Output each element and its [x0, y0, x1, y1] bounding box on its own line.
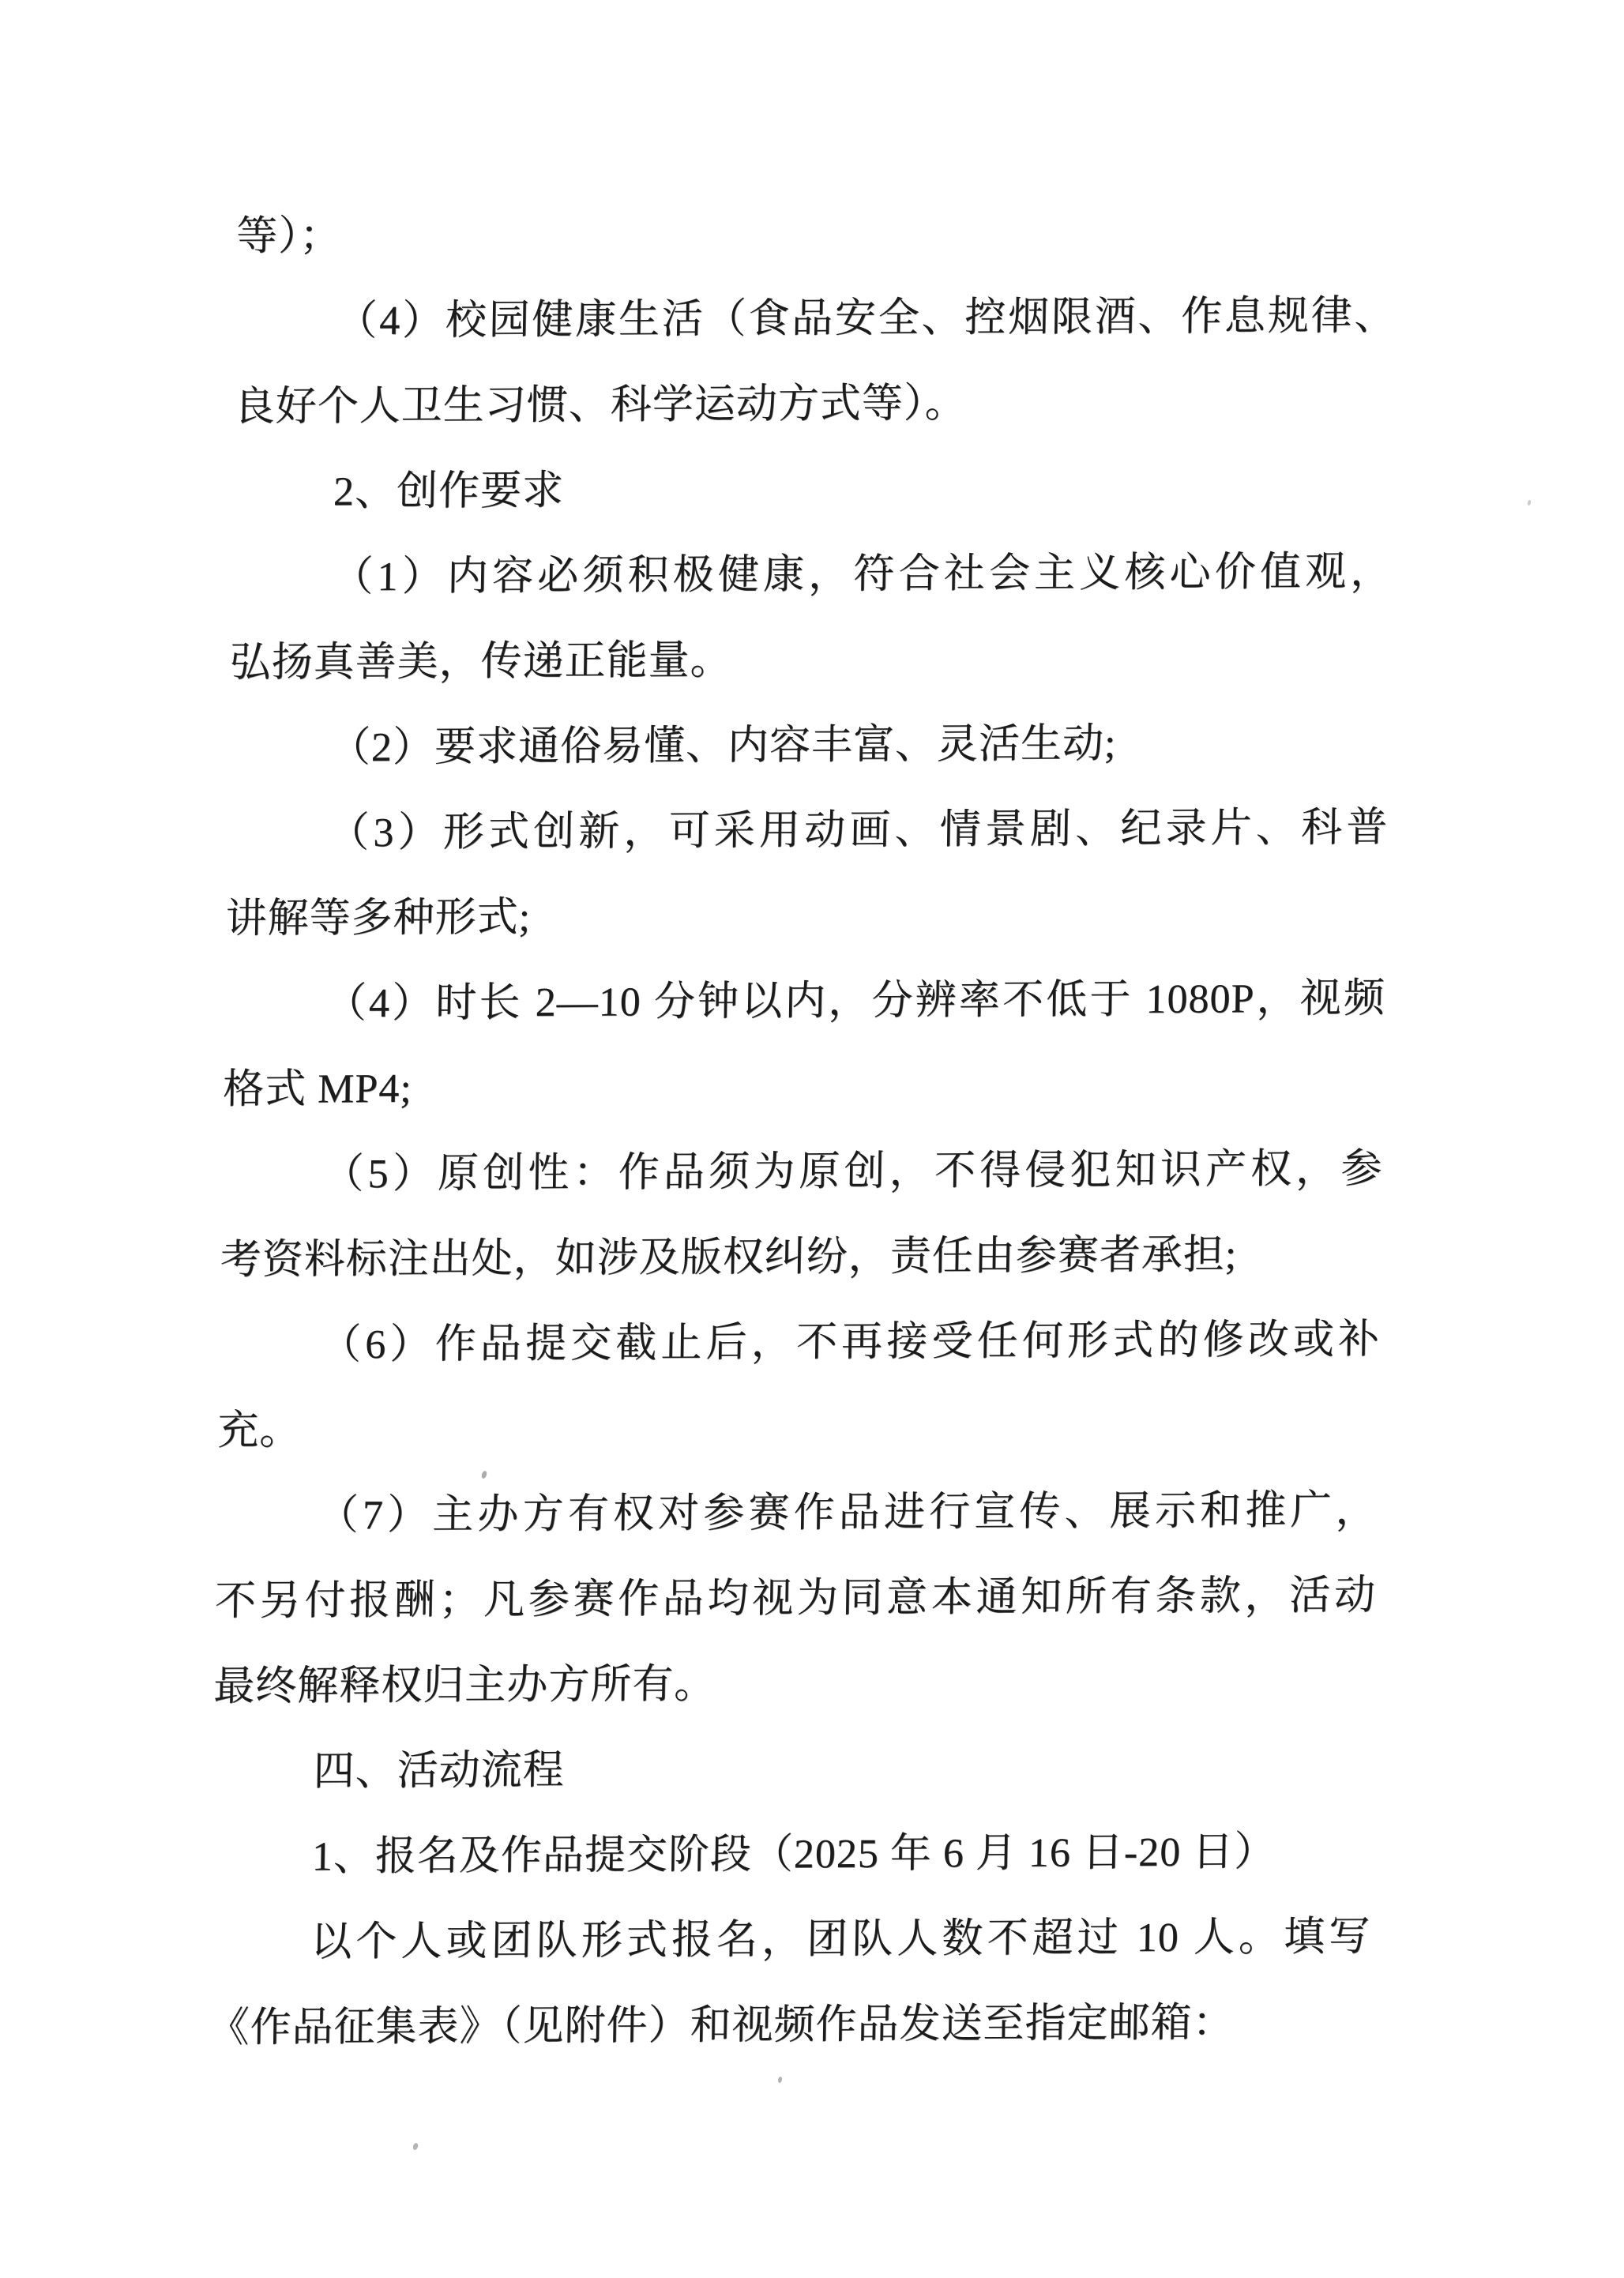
doc-line-1: 等）；	[235, 188, 1398, 280]
doc-line-16: （7）主办方有权对参赛作品进行宣传、展示和推广，	[216, 1468, 1378, 1559]
doc-line-22: 《作品征集表》（见附件）和视频作品发送至指定邮箱：	[208, 1980, 1370, 2072]
doc-line-2: （4）校园健康生活（食品安全、控烟限酒、作息规律、	[235, 273, 1397, 365]
doc-line-10: （4）时长 2—10 分钟以内，分辨率不低于 1080P，视频	[224, 956, 1386, 1047]
doc-line-12: （5）原创性：作品须为原创，不得侵犯知识产权，参	[221, 1126, 1384, 1218]
doc-line-9: 讲解等多种形式;	[225, 870, 1388, 962]
doc-line-19: 四、活动流程	[212, 1724, 1374, 1815]
doc-line-3: 良好个人卫生习惯、科学运动方式等）。	[233, 359, 1396, 450]
scan-speck	[1527, 500, 1531, 506]
doc-line-15: 充。	[217, 1382, 1380, 1474]
doc-line-14: （6）作品提交截止后，不再接受任何形式的修改或补	[218, 1297, 1381, 1389]
doc-line-18: 最终解释权归主办方所有。	[212, 1638, 1375, 1730]
doc-line-7: （2）要求通俗易懂、内容丰富、灵活生动;	[227, 700, 1390, 791]
doc-line-11: 格式 MP4;	[222, 1041, 1385, 1133]
doc-line-13: 考资料标注出处，如涉及版权纠纷，责任由参赛者承担;	[220, 1212, 1382, 1303]
doc-line-20: 1、报名及作品提交阶段（2025 年 6 月 16 日-20 日）	[210, 1810, 1373, 1901]
doc-line-6: 弘扬真善美，传递正能量。	[229, 615, 1392, 706]
scan-speck	[777, 2077, 783, 2084]
doc-line-4: 2、创作要求	[231, 444, 1394, 536]
scanned-document-page: 等）； （4）校园健康生活（食品安全、控烟限酒、作息规律、 良好个人卫生习惯、科…	[0, 0, 1624, 2278]
doc-line-5: （1）内容必须积极健康，符合社会主义核心价值观，	[231, 529, 1393, 621]
scan-speck	[412, 2142, 419, 2151]
document-text-block: 等）； （4）校园健康生活（食品安全、控烟限酒、作息规律、 良好个人卫生习惯、科…	[208, 188, 1398, 2071]
doc-line-21: 以个人或团队形式报名，团队人数不超过 10 人。填写	[209, 1895, 1371, 1987]
doc-line-17: 不另付报酬；凡参赛作品均视为同意本通知所有条款，活动	[214, 1553, 1377, 1645]
doc-line-8: （3）形式创新，可采用动画、情景剧、纪录片、科普	[226, 785, 1389, 877]
